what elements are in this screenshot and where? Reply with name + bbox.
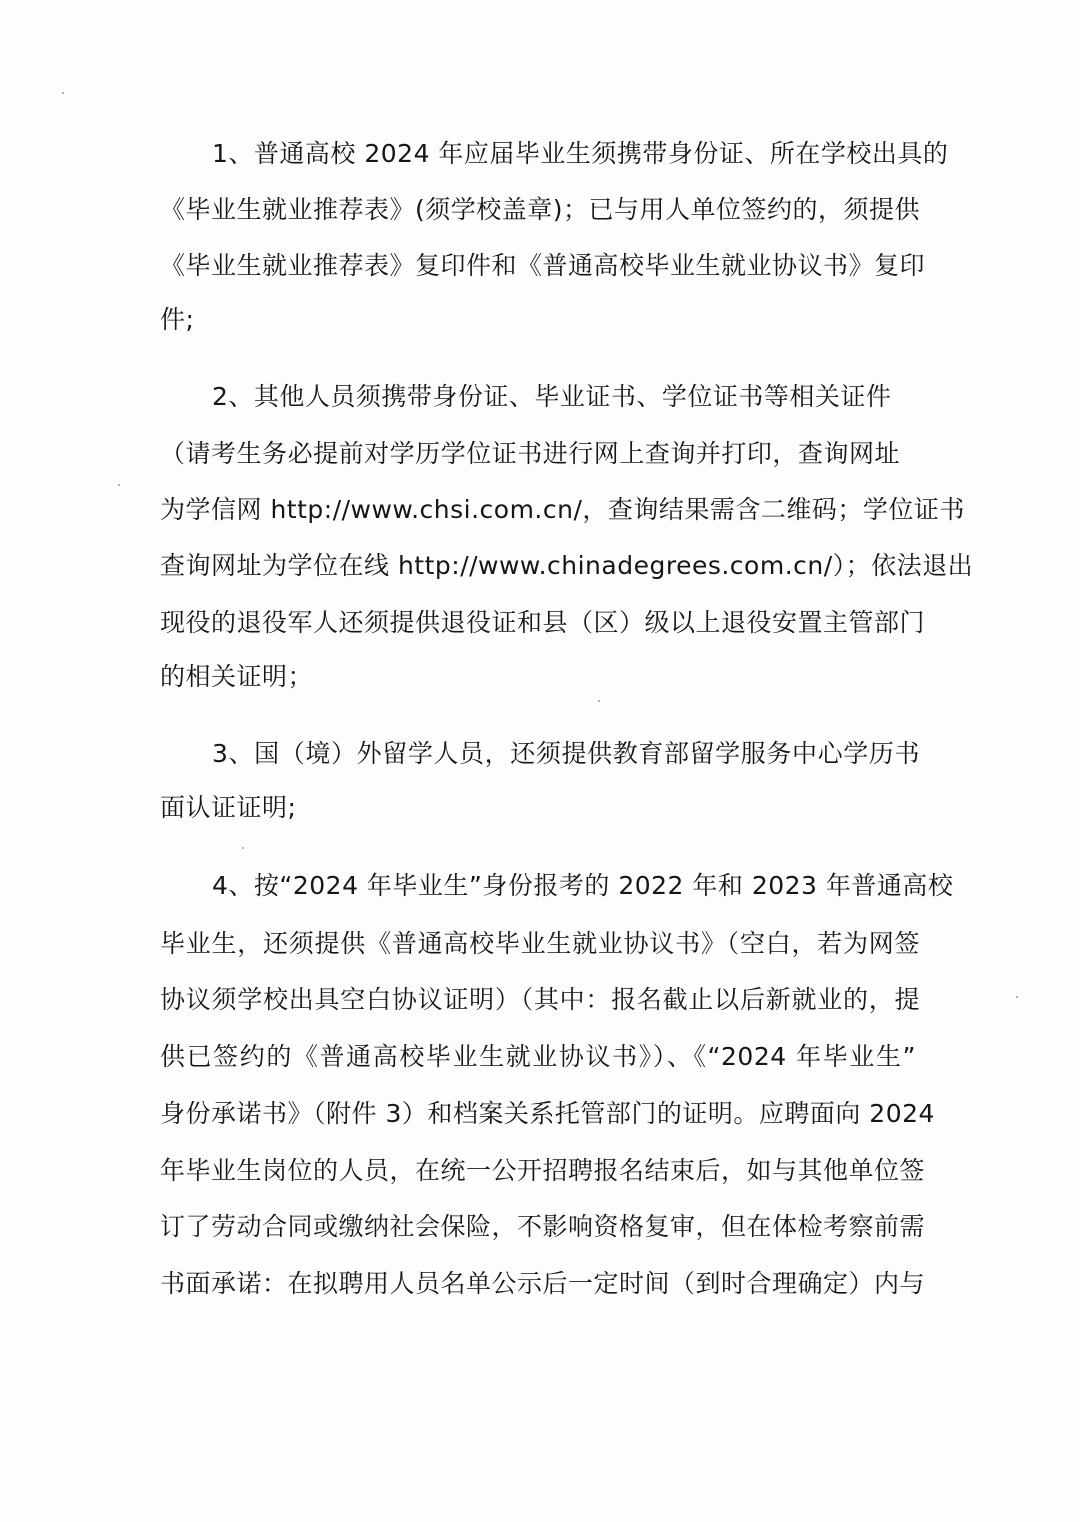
text-line: 《毕业生就业推荐表》复印件和《普通高校毕业生就业协议书》复印 — [160, 246, 920, 286]
scan-speck — [242, 847, 244, 849]
text-line: 身份承诺书》（附件 3）和档案关系托管部门的证明。应聘面向 2024 — [160, 1094, 920, 1134]
text-line: 《毕业生就业推荐表》(须学校盖章)；已与用人单位签约的，须提供 — [160, 190, 920, 230]
text-line: 书面承诺：在拟聘用人员名单公示后一定时间（到时合理确定）内与 — [160, 1264, 920, 1304]
text-line: 查询网址为学位在线 http://www.chinadegrees.com.cn… — [160, 546, 920, 586]
text-line: 为学信网 http://www.chsi.com.cn/，查询结果需含二维码；学… — [160, 490, 920, 530]
text-line: 1、普通高校 2024 年应届毕业生须携带身份证、所在学校出具的 — [212, 134, 920, 174]
text-line: （请考生务必提前对学历学位证书进行网上查询并打印，查询网址 — [160, 434, 900, 474]
text-line: 件; — [160, 300, 920, 340]
text-line: 年毕业生岗位的人员，在统一公开招聘报名结束后，如与其他单位签 — [160, 1151, 920, 1191]
text-line: 毕业生，还须提供《普通高校毕业生就业协议书》（空白，若为网签 — [160, 924, 920, 964]
text-line: 供已签约的《普通高校毕业生就业协议书》）、《“2024 年毕业生” — [160, 1037, 916, 1077]
text-line: 协议须学校出具空白协议证明）（其中：报名截止以后新就业的，提 — [160, 980, 920, 1020]
text-line: 现役的退役军人还须提供退役证和县（区）级以上退役安置主管部门 — [160, 603, 920, 643]
scan-speck — [1016, 996, 1018, 998]
text-line: 订了劳动合同或缴纳社会保险，不影响资格复审，但在体检考察前需 — [160, 1207, 920, 1247]
text-line: 面认证证明; — [160, 788, 920, 828]
text-line: 4、按“2024 年毕业生”身份报考的 2022 年和 2023 年普通高校 — [212, 866, 920, 906]
scan-speck — [118, 484, 120, 486]
document-page: 1、普通高校 2024 年应届毕业生须携带身份证、所在学校出具的 《毕业生就业推… — [0, 0, 1080, 1522]
text-line: 3、国（境）外留学人员，还须提供教育部留学服务中心学历书 — [212, 734, 920, 774]
scan-speck — [598, 700, 600, 702]
text-line: 2、其他人员须携带身份证、毕业证书、学位证书等相关证件 — [212, 377, 888, 417]
text-line: 的相关证明； — [160, 657, 920, 697]
scan-speck — [62, 92, 64, 94]
